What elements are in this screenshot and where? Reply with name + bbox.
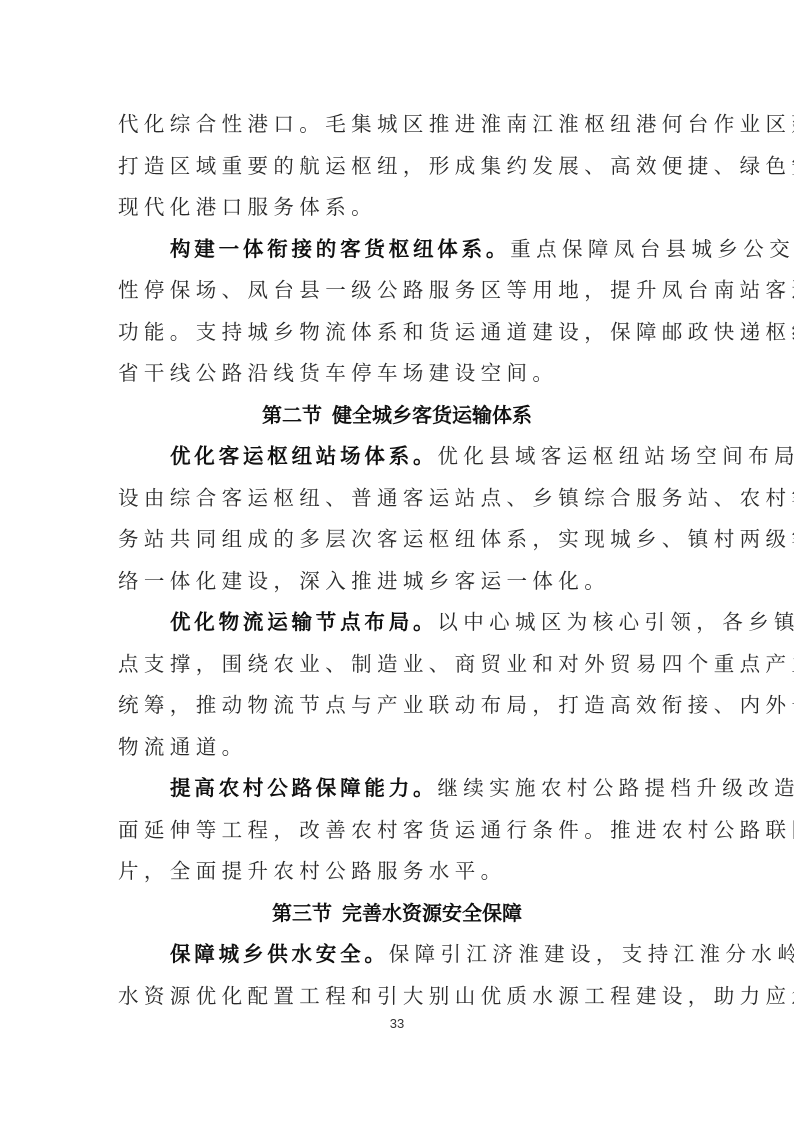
section-heading: 第三节完善水资源安全保障 [0,893,794,935]
paragraph-line: 水资源优化配置工程和引大别山优质水源工程建设，助力应急供水 [118,976,666,1018]
page-number: 33 [0,1016,794,1031]
section-title: 完善水资源安全保障 [342,901,522,925]
paragraph-first-line: 构建一体衔接的客货枢纽体系。重点保障凤台县城乡公交综合 [118,229,718,271]
paragraph-lead: 优化物流运输节点布局。 [170,610,437,634]
paragraph-line: 性停保场、凤台县一级公路服务区等用地，提升凤台南站客运枢纽 [118,270,666,312]
paragraph-line: 片，全面提升农村公路服务水平。 [118,851,666,893]
paragraph-text: 保障引江济淮建设，支持江淮分水岭地区 [389,942,794,966]
section-number: 第三节 [272,901,332,925]
paragraph-text: 重点保障凤台县城乡公交综合 [510,237,794,261]
paragraph-first-line: 提高农村公路保障能力。继续实施农村公路提档升级改造、扩 [118,768,718,810]
paragraph-text: 继续实施农村公路提档升级改造、扩 [437,776,794,800]
paragraph-line: 点支撑，围绕农业、制造业、商贸业和对外贸易四个重点产业进行 [118,644,666,686]
paragraph-text: 优化县域客运枢纽站场空间布局，建 [437,444,794,468]
paragraph-lead: 优化客运枢纽站场体系。 [170,444,437,468]
paragraph-lead: 保障城乡供水安全。 [170,942,389,966]
paragraph-line: 打造区域重要的航运枢纽，形成集约发展、高效便捷、绿色安全的 [118,146,666,188]
paragraph-line: 功能。支持城乡物流体系和货运通道建设，保障邮政快递枢纽和国 [118,312,666,354]
paragraph-line: 务站共同组成的多层次客运枢纽体系，实现城乡、镇村两级客运网 [118,519,666,561]
paragraph-line: 代化综合性港口。毛集城区推进淮南江淮枢纽港何台作业区建设， [118,104,666,146]
paragraph-line: 面延伸等工程，改善农村客货运通行条件。推进农村公路联网成 [118,810,666,852]
paragraph-first-line: 保障城乡供水安全。保障引江济淮建设，支持江淮分水岭地区 [118,934,718,976]
section-title: 健全城乡客货运输体系 [332,403,532,427]
paragraph-first-line: 优化客运枢纽站场体系。优化县域客运枢纽站场空间布局，建 [118,436,718,478]
paragraph-line: 现代化港口服务体系。 [118,187,666,229]
paragraph-text: 以中心城区为核心引领，各乡镇为多 [437,610,794,634]
paragraph-line: 物流通道。 [118,727,666,769]
paragraph-line: 统筹，推动物流节点与产业联动布局，打造高效衔接、内外一体的 [118,685,666,727]
paragraph-line: 省干线公路沿线货车停车场建设空间。 [118,353,666,395]
section-heading: 第二节健全城乡客货运输体系 [0,395,794,437]
paragraph-line: 设由综合客运枢纽、普通客运站点、乡镇综合服务站、农村客运服 [118,478,666,520]
document-page: 代化综合性港口。毛集城区推进淮南江淮枢纽港何台作业区建设， 打造区域重要的航运枢… [0,0,794,1122]
paragraph-first-line: 优化物流运输节点布局。以中心城区为核心引领，各乡镇为多 [118,602,718,644]
paragraph-lead: 提高农村公路保障能力。 [170,776,437,800]
paragraph-line: 络一体化建设，深入推进城乡客运一体化。 [118,561,666,603]
section-number: 第二节 [262,403,322,427]
paragraph-lead: 构建一体衔接的客货枢纽体系。 [170,237,510,261]
